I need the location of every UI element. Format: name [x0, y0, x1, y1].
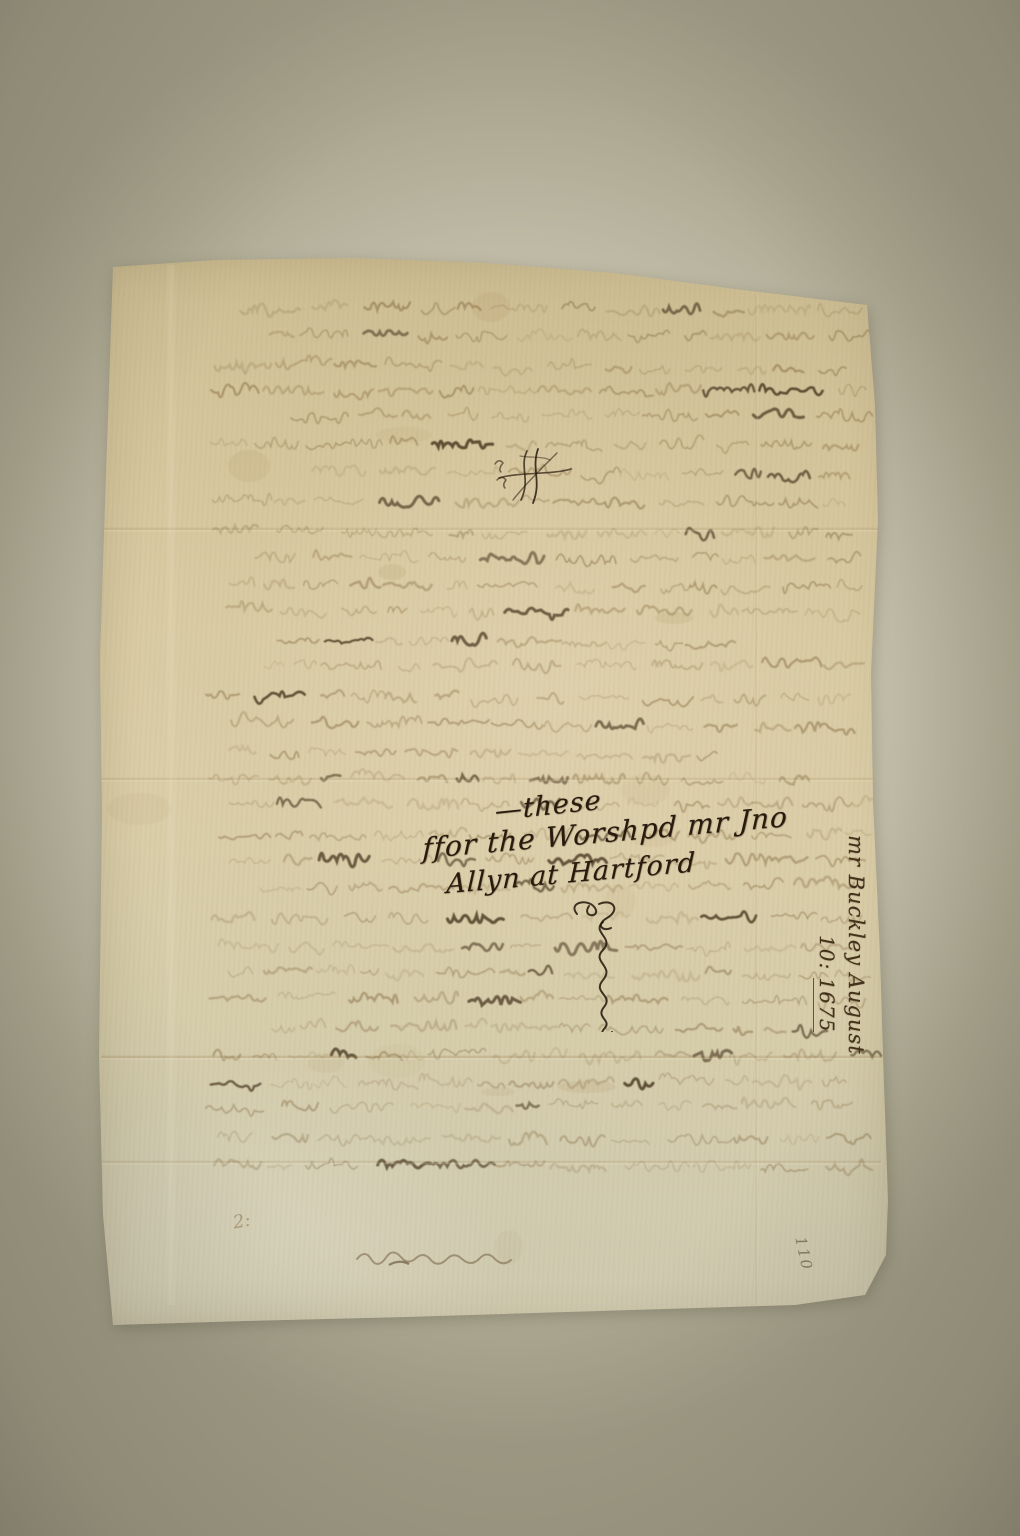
endorsement-date-prefix: 10: [815, 935, 839, 978]
fold-light-band [165, 265, 177, 1305]
endorsement-line-2: 10: 1675 [815, 935, 839, 1055]
faint-scrawl [353, 1237, 523, 1273]
fold-crease [101, 1055, 881, 1060]
fold-crease [101, 527, 881, 532]
bleed-through-writing [95, 255, 895, 1330]
signature-flourish [547, 900, 643, 1032]
endorsement-vertical: mr Buckley August 10: 1675 [815, 835, 868, 1055]
photograph-background: —these ffor the Worshpd mr Jno Allyn at … [0, 0, 1020, 1536]
endorsement-year: 1675 [813, 978, 839, 1033]
fold-crease [101, 1160, 881, 1165]
manuscript-letter: —these ffor the Worshpd mr Jno Allyn at … [95, 255, 895, 1330]
fold-crease [101, 777, 881, 782]
paper-sheet: —these ffor the Worshpd mr Jno Allyn at … [95, 255, 895, 1330]
ink-crosshatch-scribble [493, 448, 577, 506]
endorsement-line-1: mr Buckley August [844, 835, 868, 1055]
ink-corner-mark: 2: [231, 1210, 252, 1234]
pencil-number: 110 [791, 1235, 816, 1273]
fold-crease-vertical [755, 295, 759, 1305]
